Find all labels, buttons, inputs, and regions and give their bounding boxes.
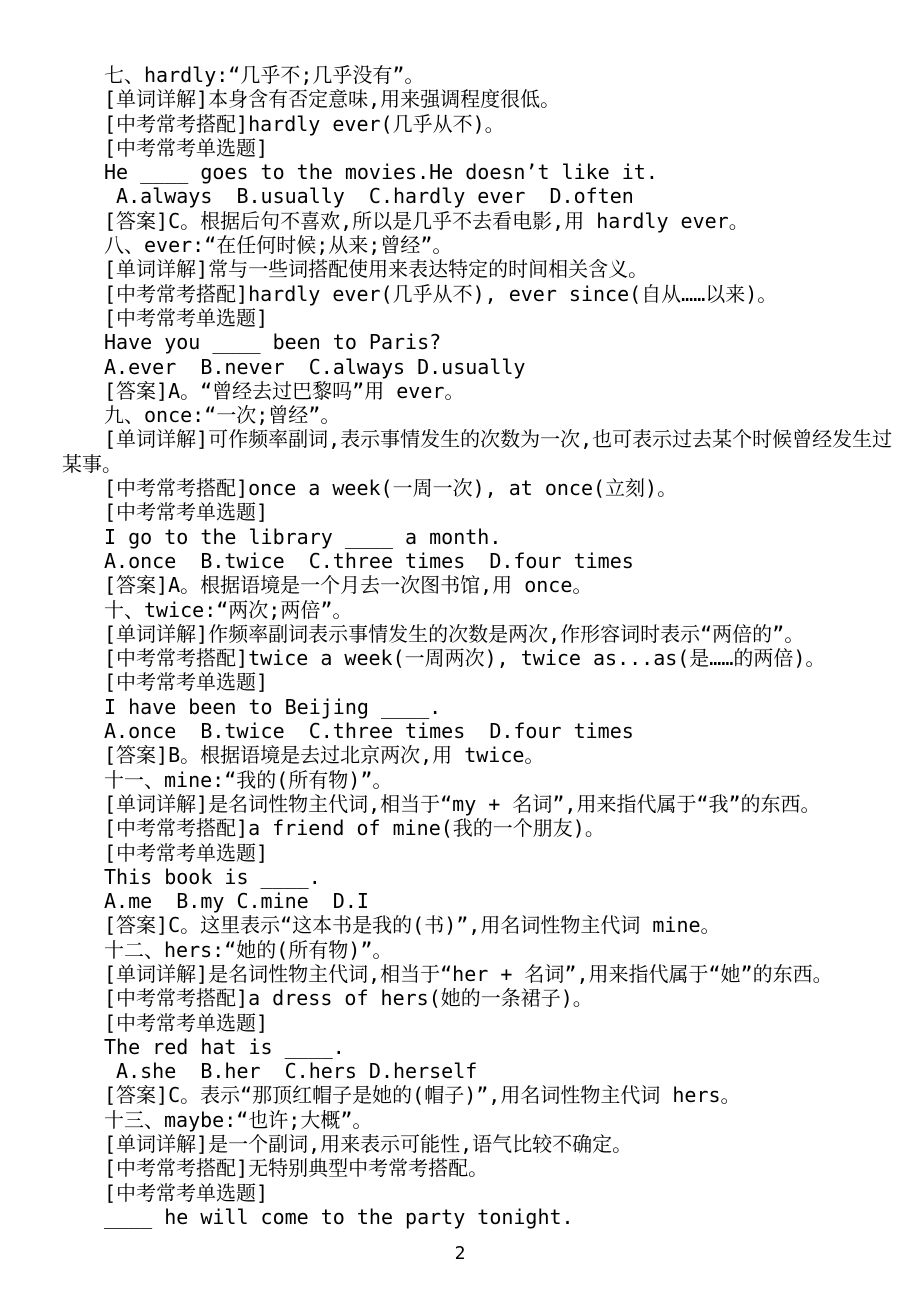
text-line: A.once B.twice C.three times D.four time… — [62, 719, 870, 743]
text-line: [单词详解]是名词性物主代词,相当于“my + 名词”,用来指代属于“我”的东西… — [62, 792, 870, 816]
text-line: [中考常考搭配]无特别典型中考常考搭配。 — [62, 1156, 870, 1180]
text-line: 十二、hers:“她的(所有物)”。 — [62, 938, 870, 962]
text-line: [单词详解]是名词性物主代词,相当于“her + 名词”,用来指代属于“她”的东… — [62, 962, 870, 986]
text-line: [中考常考搭配]a dress of hers(她的一条裙子)。 — [62, 986, 870, 1010]
text-line: I have been to Beijing ____. — [62, 695, 870, 719]
text-line: A.me B.my C.mine D.I — [62, 889, 870, 913]
text-line: [中考常考搭配]a friend of mine(我的一个朋友)。 — [62, 816, 870, 840]
text-line: A.ever B.never C.always D.usually — [62, 355, 870, 379]
text-line: 八、ever:“在任何时候;从来;曾经”。 — [62, 233, 870, 257]
text-line: [答案]C。根据后句不喜欢,所以是几乎不去看电影,用 hardly ever。 — [62, 209, 870, 233]
text-line: Have you ____ been to Paris? — [62, 330, 870, 354]
text-line: 十三、maybe:“也许;大概”。 — [62, 1108, 870, 1132]
text-line: 某事。 — [62, 452, 870, 476]
document-body: 七、hardly:“几乎不;几乎没有”。[单词详解]本身含有否定意味,用来强调程… — [62, 63, 870, 1229]
text-line: [中考常考单选题] — [62, 136, 870, 160]
text-line: The red hat is ____. — [62, 1035, 870, 1059]
text-line: [单词详解]作频率副词表示事情发生的次数是两次,作形容词时表示“两倍的”。 — [62, 622, 870, 646]
text-line: [中考常考搭配]hardly ever(几乎从不), ever since(自从… — [62, 282, 870, 306]
text-line: [中考常考单选题] — [62, 1011, 870, 1035]
text-line: 十、twice:“两次;两倍”。 — [62, 598, 870, 622]
text-line: ____ he will come to the party tonight. — [62, 1205, 870, 1229]
text-line: He ____ goes to the movies.He doesn’t li… — [62, 160, 870, 184]
text-line: [中考常考单选题] — [62, 1181, 870, 1205]
text-line: [答案]C。这里表示“这本书是我的(书)”,用名词性物主代词 mine。 — [62, 913, 870, 937]
text-line: 七、hardly:“几乎不;几乎没有”。 — [62, 63, 870, 87]
text-line: 九、once:“一次;曾经”。 — [62, 403, 870, 427]
text-line: [答案]A。根据语境是一个月去一次图书馆,用 once。 — [62, 573, 870, 597]
text-line: [中考常考单选题] — [62, 306, 870, 330]
text-line: [中考常考单选题] — [62, 670, 870, 694]
text-line: [中考常考搭配]twice a week(一周两次), twice as...a… — [62, 646, 870, 670]
text-line: [中考常考单选题] — [62, 841, 870, 865]
text-line: [中考常考搭配]hardly ever(几乎从不)。 — [62, 112, 870, 136]
document-page: 七、hardly:“几乎不;几乎没有”。[单词详解]本身含有否定意味,用来强调程… — [0, 0, 920, 1302]
text-line: [单词详解]本身含有否定意味,用来强调程度很低。 — [62, 87, 870, 111]
text-line: [答案]B。根据语境是去过北京两次,用 twice。 — [62, 743, 870, 767]
text-line: [单词详解]是一个副词,用来表示可能性,语气比较不确定。 — [62, 1132, 870, 1156]
text-line: [中考常考单选题] — [62, 500, 870, 524]
page-number: 2 — [0, 1243, 920, 1265]
text-line: [单词详解]常与一些词搭配使用来表达特定的时间相关含义。 — [62, 257, 870, 281]
text-line: A.always B.usually C.hardly ever D.often — [62, 184, 870, 208]
text-line: [单词详解]可作频率副词,表示事情发生的次数为一次,也可表示过去某个时候曾经发生… — [62, 427, 870, 451]
text-line: [答案]A。“曾经去过巴黎吗”用 ever。 — [62, 379, 870, 403]
text-line: This book is ____. — [62, 865, 870, 889]
text-line: [中考常考搭配]once a week(一周一次), at once(立刻)。 — [62, 476, 870, 500]
text-line: [答案]C。表示“那顶红帽子是她的(帽子)”,用名词性物主代词 hers。 — [62, 1083, 870, 1107]
text-line: A.once B.twice C.three times D.four time… — [62, 549, 870, 573]
text-line: 十一、mine:“我的(所有物)”。 — [62, 768, 870, 792]
text-line: A.she B.her C.hers D.herself — [62, 1059, 870, 1083]
text-line: I go to the library ____ a month. — [62, 525, 870, 549]
